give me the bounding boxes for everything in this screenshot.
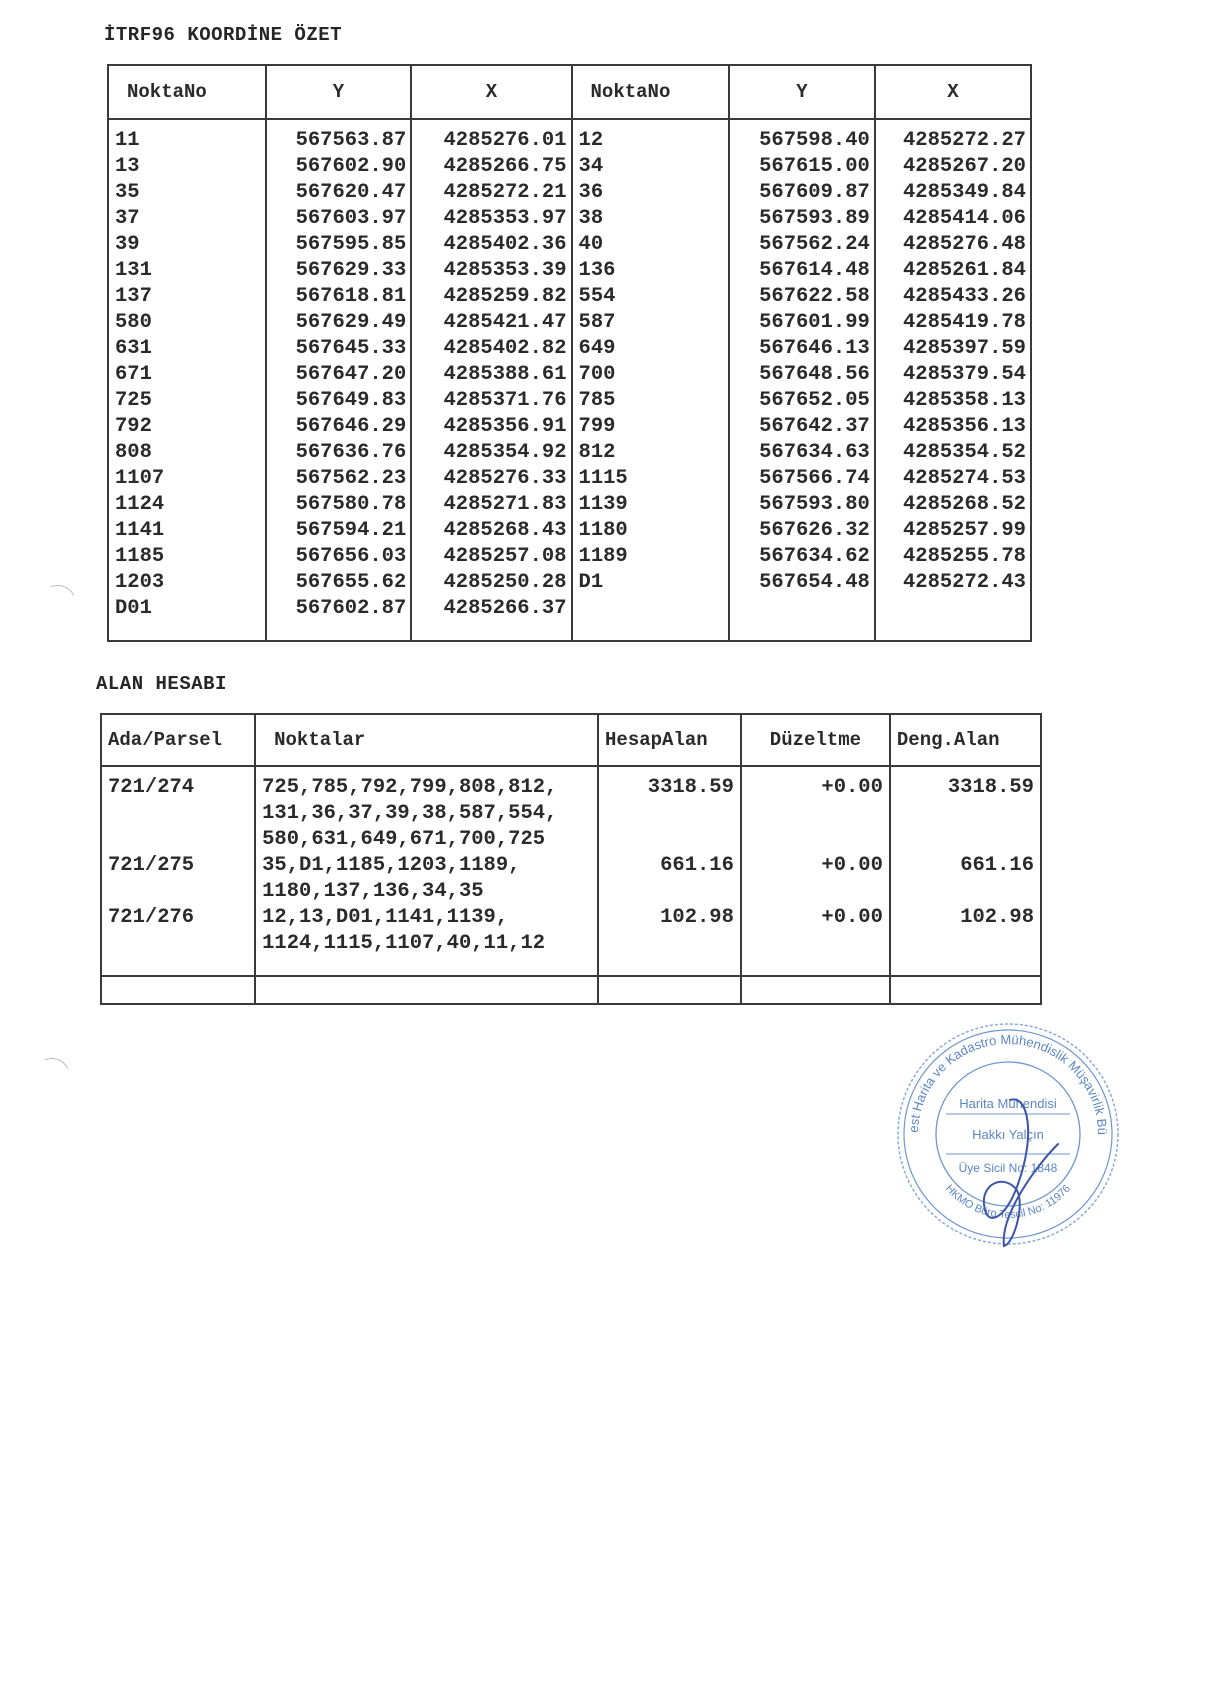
coordinate-summary-title: İTRF96 KOORDİNE ÖZET [104, 24, 342, 46]
point-no-cell: 725 [115, 388, 265, 414]
point-no-cell: 1185 [115, 544, 265, 570]
point-y-cell: 567634.63 [730, 440, 870, 466]
point-y-cell: 567622.58 [730, 284, 870, 310]
point-no-cell: 1124 [115, 492, 265, 518]
point-x-cell: 4285353.39 [412, 258, 566, 284]
header-parcel: Ada/Parsel [101, 714, 255, 766]
point-no-cell: 1107 [115, 466, 265, 492]
empty-cell [890, 976, 1041, 1004]
point-x-cell: 4285268.52 [876, 492, 1026, 518]
point-y-cell: 567602.87 [267, 596, 407, 622]
point-y-cell: 567614.48 [730, 258, 870, 284]
point-x-cell: 4285272.27 [876, 128, 1026, 154]
point-x-cell: 4285356.91 [412, 414, 566, 440]
computed-area-column: 3318.59661.16102.98 [598, 766, 741, 976]
area-table: Ada/Parsel Noktalar HesapAlan Düzeltme D… [100, 713, 1042, 1005]
coordinate-table: NoktaNo Y X NoktaNo Y X 1113353739131137… [107, 64, 1032, 642]
computed-area-cell: 661.16 [599, 853, 734, 905]
points-column: 725,785,792,799,808,812,131,36,37,39,38,… [255, 766, 598, 976]
computed-area-cell: 102.98 [599, 905, 734, 957]
right-y-column: 567598.40567615.00567609.87567593.895675… [729, 119, 875, 641]
svg-text:HKMO Büro Tescil No: 11976: HKMO Büro Tescil No: 11976 [943, 1183, 1073, 1221]
parcel-cell: 721/276 [108, 905, 254, 957]
scan-punch-mark [35, 580, 81, 625]
points-line: 580,631,649,671,700,725 [262, 827, 597, 853]
point-x-cell: 4285266.37 [412, 596, 566, 622]
point-x-cell: 4285354.52 [876, 440, 1026, 466]
point-no-cell: D1 [579, 570, 729, 596]
point-no-cell: 799 [579, 414, 729, 440]
left-x-column: 4285276.014285266.754285272.214285353.97… [411, 119, 571, 641]
left-point-no-column: 1113353739131137580631671725792808110711… [108, 119, 266, 641]
points-line: 12,13,D01,1141,1139, [262, 905, 597, 931]
header-x-right: X [875, 65, 1031, 119]
point-x-cell: 4285268.43 [412, 518, 566, 544]
point-x-cell: 4285419.78 [876, 310, 1026, 336]
point-no-cell: 580 [115, 310, 265, 336]
point-no-cell: 1203 [115, 570, 265, 596]
right-point-no-column: 1234363840136554587649700785799812111511… [572, 119, 730, 641]
point-x-cell: 4285257.08 [412, 544, 566, 570]
header-y-left: Y [266, 65, 412, 119]
point-y-cell: 567563.87 [267, 128, 407, 154]
point-y-cell: 567636.76 [267, 440, 407, 466]
point-y-cell: 567656.03 [267, 544, 407, 570]
adjusted-area-cell: 3318.59 [891, 775, 1034, 853]
point-y-cell: 567593.80 [730, 492, 870, 518]
point-x-cell: 4285358.13 [876, 388, 1026, 414]
point-y-cell: 567646.29 [267, 414, 407, 440]
point-no-cell: 11 [115, 128, 265, 154]
point-y-cell: 567642.37 [730, 414, 870, 440]
point-y-cell: 567615.00 [730, 154, 870, 180]
header-adjusted-area: Deng.Alan [890, 714, 1041, 766]
point-y-cell: 567603.97 [267, 206, 407, 232]
left-y-column: 567563.87567602.90567620.47567603.975675… [266, 119, 412, 641]
correction-cell: +0.00 [742, 775, 883, 853]
point-x-cell: 4285257.99 [876, 518, 1026, 544]
points-line: 1180,137,136,34,35 [262, 879, 597, 905]
adjusted-area-cell: 102.98 [891, 905, 1034, 957]
point-no-cell: 812 [579, 440, 729, 466]
point-no-cell: 40 [579, 232, 729, 258]
point-x-cell: 4285271.83 [412, 492, 566, 518]
point-x-cell: 4285349.84 [876, 180, 1026, 206]
point-no-cell: 13 [115, 154, 265, 180]
correction-column: +0.00+0.00+0.00 [741, 766, 890, 976]
area-table-empty-row [101, 976, 1041, 1004]
point-no-cell: 34 [579, 154, 729, 180]
coordinate-table-body: 1113353739131137580631671725792808110711… [108, 119, 1031, 641]
header-correction: Düzeltme [741, 714, 890, 766]
point-y-cell: 567595.85 [267, 232, 407, 258]
parcel-cell: 721/274 [108, 775, 254, 853]
point-y-cell: 567629.49 [267, 310, 407, 336]
point-y-cell: 567649.83 [267, 388, 407, 414]
header-computed-area: HesapAlan [598, 714, 741, 766]
point-y-cell: 567620.47 [267, 180, 407, 206]
points-cell: 12,13,D01,1141,1139,1124,1115,1107,40,11… [262, 905, 597, 957]
point-no-cell: 587 [579, 310, 729, 336]
points-cell: 35,D1,1185,1203,1189,1180,137,136,34,35 [262, 853, 597, 905]
area-calculation-title: ALAN HESABI [96, 673, 227, 695]
point-x-cell: 4285276.48 [876, 232, 1026, 258]
header-point-no-right: NoktaNo [572, 65, 730, 119]
point-no-cell: 1139 [579, 492, 729, 518]
point-no-cell: 785 [579, 388, 729, 414]
point-no-cell: 792 [115, 414, 265, 440]
empty-cell [101, 976, 255, 1004]
point-y-cell: 567647.20 [267, 362, 407, 388]
point-y-cell: 567598.40 [730, 128, 870, 154]
points-cell: 725,785,792,799,808,812,131,36,37,39,38,… [262, 775, 597, 853]
point-x-cell: 4285259.82 [412, 284, 566, 310]
point-y-cell: 567629.33 [267, 258, 407, 284]
correction-cell: +0.00 [742, 853, 883, 905]
point-x-cell: 4285276.33 [412, 466, 566, 492]
header-x-left: X [411, 65, 571, 119]
point-no-cell: 1189 [579, 544, 729, 570]
point-y-cell: 567646.13 [730, 336, 870, 362]
point-x-cell: 4285267.20 [876, 154, 1026, 180]
point-y-cell: 567580.78 [267, 492, 407, 518]
point-x-cell: 4285354.92 [412, 440, 566, 466]
point-x-cell: 4285421.47 [412, 310, 566, 336]
point-y-cell: 567626.32 [730, 518, 870, 544]
point-y-cell: 567602.90 [267, 154, 407, 180]
point-no-cell: 649 [579, 336, 729, 362]
point-x-cell: 4285371.76 [412, 388, 566, 414]
adjusted-area-column: 3318.59661.16102.98 [890, 766, 1041, 976]
point-x-cell: 4285261.84 [876, 258, 1026, 284]
point-no-cell: 631 [115, 336, 265, 362]
header-y-right: Y [729, 65, 875, 119]
point-no-cell: 39 [115, 232, 265, 258]
point-y-cell: 567618.81 [267, 284, 407, 310]
coordinate-table-header: NoktaNo Y X NoktaNo Y X [108, 65, 1031, 119]
point-x-cell: 4285272.21 [412, 180, 566, 206]
point-x-cell: 4285272.43 [876, 570, 1026, 596]
point-x-cell: 4285255.78 [876, 544, 1026, 570]
point-no-cell: 38 [579, 206, 729, 232]
points-line: 725,785,792,799,808,812, [262, 775, 597, 801]
parcel-column: 721/274721/275721/276 [101, 766, 255, 976]
svg-text:Serbest Harita ve Kadastro Müh: Serbest Harita ve Kadastro Mühendislik M… [888, 1014, 1110, 1135]
stamp-seal-icon: Serbest Harita ve Kadastro Mühendislik M… [888, 1014, 1128, 1254]
point-no-cell: D01 [115, 596, 265, 622]
point-no-cell: 136 [579, 258, 729, 284]
adjusted-area-cell: 661.16 [891, 853, 1034, 905]
point-no-cell: 700 [579, 362, 729, 388]
point-no-cell: 1180 [579, 518, 729, 544]
scan-punch-mark [29, 1053, 75, 1098]
header-point-no-left: NoktaNo [108, 65, 266, 119]
point-y-cell: 567566.74 [730, 466, 870, 492]
point-no-cell: 36 [579, 180, 729, 206]
parcel-cell: 721/275 [108, 853, 254, 905]
point-no-cell: 1115 [579, 466, 729, 492]
point-x-cell: 4285250.28 [412, 570, 566, 596]
point-x-cell: 4285266.75 [412, 154, 566, 180]
point-y-cell: 567562.23 [267, 466, 407, 492]
area-table-body: 721/274721/275721/276 725,785,792,799,80… [101, 766, 1041, 976]
point-x-cell: 4285356.13 [876, 414, 1026, 440]
point-x-cell: 4285433.26 [876, 284, 1026, 310]
header-points: Noktalar [255, 714, 598, 766]
engineer-stamp: Serbest Harita ve Kadastro Mühendislik M… [888, 1014, 1128, 1254]
point-x-cell: 4285414.06 [876, 206, 1026, 232]
point-no-cell: 671 [115, 362, 265, 388]
point-y-cell: 567562.24 [730, 232, 870, 258]
points-line: 1124,1115,1107,40,11,12 [262, 931, 597, 957]
point-x-cell: 4285274.53 [876, 466, 1026, 492]
point-x-cell: 4285353.97 [412, 206, 566, 232]
points-line: 35,D1,1185,1203,1189, [262, 853, 597, 879]
point-x-cell: 4285276.01 [412, 128, 566, 154]
point-no-cell: 137 [115, 284, 265, 310]
point-y-cell: 567652.05 [730, 388, 870, 414]
point-no-cell: 37 [115, 206, 265, 232]
point-y-cell: 567594.21 [267, 518, 407, 544]
computed-area-cell: 3318.59 [599, 775, 734, 853]
point-no-cell: 12 [579, 128, 729, 154]
point-y-cell: 567593.89 [730, 206, 870, 232]
point-y-cell: 567655.62 [267, 570, 407, 596]
right-x-column: 4285272.274285267.204285349.844285414.06… [875, 119, 1031, 641]
point-x-cell: 4285402.36 [412, 232, 566, 258]
point-no-cell: 35 [115, 180, 265, 206]
point-y-cell: 567601.99 [730, 310, 870, 336]
point-y-cell: 567645.33 [267, 336, 407, 362]
empty-cell [741, 976, 890, 1004]
svg-text:Hakkı Yalçın: Hakkı Yalçın [972, 1127, 1044, 1142]
point-no-cell: 131 [115, 258, 265, 284]
empty-cell [598, 976, 741, 1004]
point-y-cell: 567609.87 [730, 180, 870, 206]
point-x-cell: 4285388.61 [412, 362, 566, 388]
points-line: 131,36,37,39,38,587,554, [262, 801, 597, 827]
point-no-cell: 554 [579, 284, 729, 310]
area-table-header: Ada/Parsel Noktalar HesapAlan Düzeltme D… [101, 714, 1041, 766]
point-y-cell: 567648.56 [730, 362, 870, 388]
point-x-cell: 4285402.82 [412, 336, 566, 362]
svg-text:Üye Sicil No: 1848: Üye Sicil No: 1848 [959, 1161, 1058, 1175]
point-no-cell: 808 [115, 440, 265, 466]
point-y-cell: 567634.62 [730, 544, 870, 570]
point-y-cell: 567654.48 [730, 570, 870, 596]
point-x-cell: 4285397.59 [876, 336, 1026, 362]
point-no-cell: 1141 [115, 518, 265, 544]
correction-cell: +0.00 [742, 905, 883, 957]
empty-cell [255, 976, 598, 1004]
svg-text:Harita Mühendisi: Harita Mühendisi [959, 1096, 1057, 1111]
point-x-cell: 4285379.54 [876, 362, 1026, 388]
